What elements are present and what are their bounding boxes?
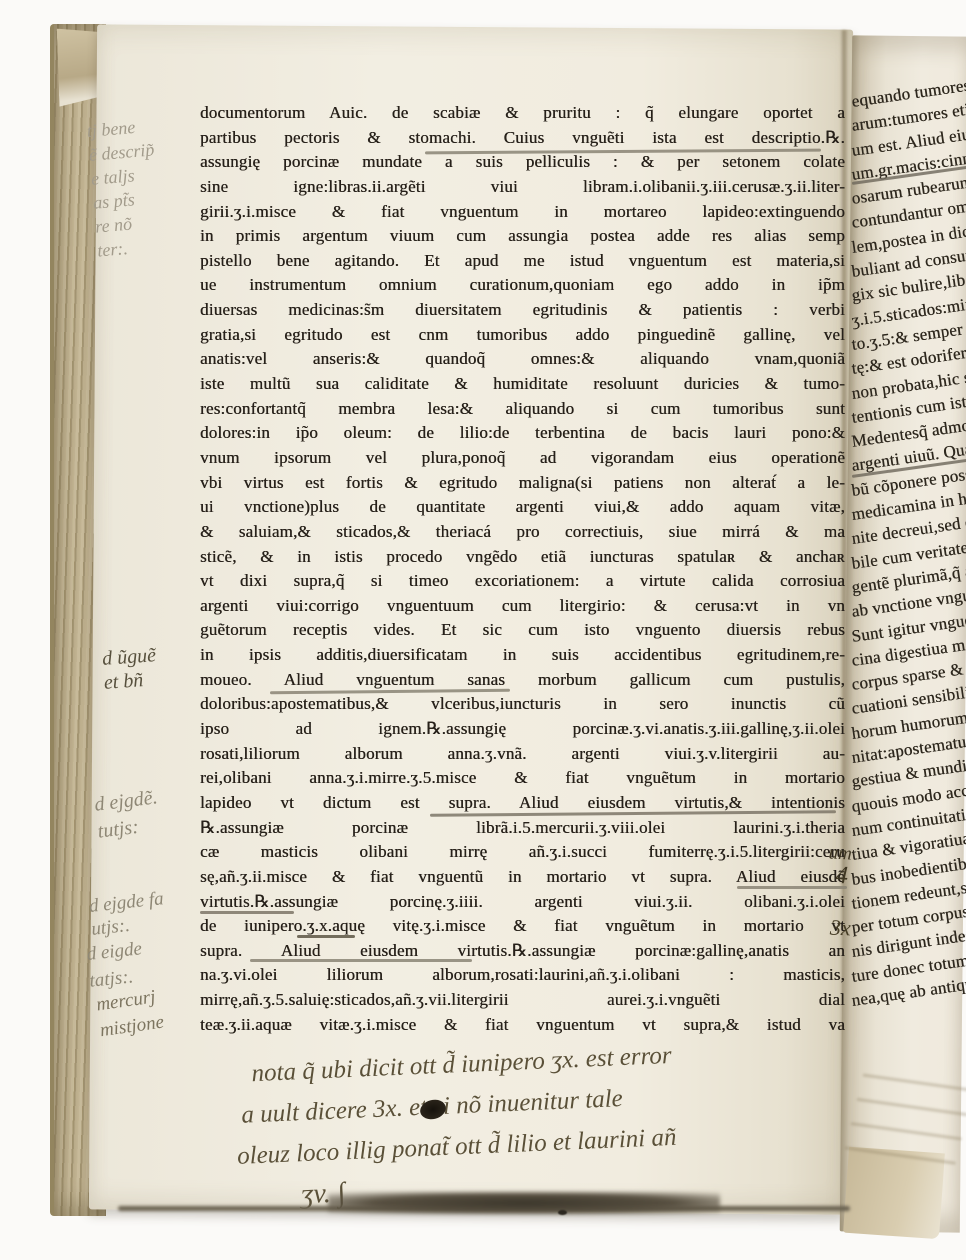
printed-line: na.ʒ.vi.olei liliorum alborum,rosati:lau… (200, 963, 845, 988)
bottom-manuscript-note: nota q̃ ubi dicit ott d̃ iunipero ʒx. es… (233, 1026, 880, 1218)
pencil-underline (250, 959, 472, 962)
printed-line: dolores:in ip̃o oleum: de lilio:de terbe… (200, 421, 845, 446)
printed-line: sine igne:libras.ii.argẽti viui libram.i… (200, 175, 845, 200)
printed-line: argenti viui:corrigo vnguentuum cum lite… (200, 594, 845, 619)
margin-note-left-6: mercurjmistjone (95, 984, 166, 1044)
book-cast-shadow (328, 1192, 720, 1214)
printed-line: in ipsis additis,diuersificatam in suis … (200, 643, 845, 668)
margin-note-top-left: tj beneẽ descrip̃e taljsas pt̃sre nõter:… (86, 113, 164, 262)
showthrough-stroke (863, 1073, 966, 1092)
printed-line: rosati,liliorum alborum anna.ʒ.vnã. arge… (200, 742, 845, 767)
printed-line: partibus pectoris & stomachi. Cuius vngu… (200, 126, 845, 151)
pencil-underline (200, 911, 294, 914)
showthrough-stroke (844, 1146, 955, 1165)
printed-line: vnum ipsorum vel plura,ponoq̃ ad vigoran… (200, 446, 845, 471)
gutter-note-line: 3x (830, 916, 852, 941)
margin-note-line: et bñ (103, 667, 158, 695)
printed-line: girii.ʒ.i.misce & fiat vnguentum in mort… (200, 200, 845, 225)
gutter-note-um-4: um4 (827, 842, 853, 887)
printed-line: documentorum Auic. de scabiæ & pruritu :… (200, 101, 845, 126)
printed-line: diuersas medicinas:s̃m diuersitatem egri… (200, 298, 845, 323)
margin-note-line: d eigde (85, 935, 143, 968)
showthrough-stroke (851, 1122, 962, 1141)
printed-line: iste multũ sua caliditate & humiditate r… (200, 372, 845, 397)
printed-line: rei,olibani anna.ʒ.i.mirre.ʒ.5.misce & f… (200, 766, 845, 791)
printed-line: moueo. Aliud vnguentum sanas morbum gall… (200, 668, 845, 693)
printed-line: vbi virtus est fortis & egritudo maligna… (200, 471, 845, 496)
ink-underline (297, 935, 355, 938)
printed-line: ℞.assungiæ porcinæ librã.i.5.mercurii.ʒ.… (200, 816, 845, 841)
printed-line: mirrę,añ.ʒ.5.saluię:sticados,añ.ʒ.vii.li… (200, 988, 845, 1013)
printed-line: ipso ad ignem.℞.assungię porcinæ.ʒ.vi.an… (200, 717, 845, 742)
right-page-text-block: equando tumores suntarum:tumores etiamum… (852, 90, 966, 1013)
printed-line: anatis:vel anseris:& quandoq̃ omnes:& al… (200, 347, 845, 372)
printed-line: & saluiam,& sticados,& theriacá pro corr… (200, 520, 845, 545)
margin-note-left-3: d ejgdẽ.tutjs: (93, 784, 162, 845)
printed-line: ue instrumentum omnium curationum,quonia… (200, 273, 845, 298)
printed-line: guẽtorum receptis vides. Et sic cum isto… (200, 618, 845, 643)
printed-line: assungię porcinæ mundate a suis pellicul… (200, 150, 845, 175)
printed-line: ui vnctione)plus de quantitate argenti v… (200, 495, 845, 520)
printed-line: pistello bene agitando. Et apud me istud… (200, 249, 845, 274)
photo-of-open-book: documentorum Auic. de scabiæ & pruritu :… (0, 0, 966, 1260)
ink-speck (558, 1210, 567, 1215)
printed-line: in primis argentum viuum cum assungia po… (200, 224, 845, 249)
printed-line: virtutis.℞.assungiæ porcinę.ʒ.iiii. arge… (200, 890, 845, 915)
printed-line: gratia,si egritudo est cnm tumoribus add… (200, 323, 845, 348)
printed-text-block: documentorum Auic. de scabiæ & pruritu :… (200, 101, 845, 1037)
margin-note-line: d ũguẽ (101, 643, 156, 671)
printed-line: vt dixi supra,q̃ si timeo excoriationem:… (200, 569, 845, 594)
margin-note-left-4: d ejgde fautjs:. (88, 887, 167, 941)
printed-line: res:confortantq̃ membra lesa:& aliquando… (200, 397, 845, 422)
showthrough-stroke (857, 1098, 966, 1117)
gutter-note-line: 4 (835, 865, 851, 888)
printed-line: doloribus:apostematibus,& vlceribus,iunc… (200, 692, 845, 717)
printed-line: sticẽ, & in istis procedo vngẽdo etiã iu… (200, 545, 845, 570)
printed-line: cæ masticis olibani mirrę añ.ʒ.i.succi f… (200, 840, 845, 865)
gutter-note-3x: 3x (830, 916, 852, 941)
margin-note-mid-left: d ũguẽet bñ (101, 643, 158, 695)
